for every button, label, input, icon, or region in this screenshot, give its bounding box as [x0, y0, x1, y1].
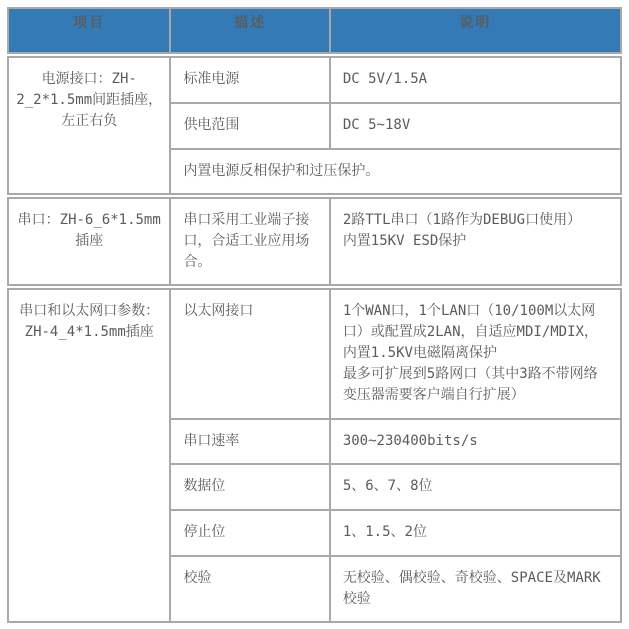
note-cell-data-bits: 5、6、7、8位: [330, 464, 621, 510]
note-cell-ethernet-interface: 1个WAN口，1个LAN口（10/100M以太网口）或配置成2LAN，自适应MD…: [330, 289, 621, 419]
desc-cell-standard-power: 标准电源: [170, 57, 329, 103]
desc-cell-supply-range: 供电范围: [170, 103, 329, 149]
spec-group-serial: 串口：ZH-6_6*1.5mm插座 串口采用工业端子接口，合适工业应用场合。 2…: [7, 197, 622, 286]
spec-page: 项目 描述 说明 电源接口：ZH-2_2*1.5mm间距插座，左正右负 标准电源…: [0, 0, 629, 629]
column-header-desc: 描述: [170, 8, 329, 53]
desc-cell-data-bits: 数据位: [170, 464, 329, 510]
column-header-note: 说明: [330, 8, 621, 53]
spec-group-power: 电源接口：ZH-2_2*1.5mm间距插座，左正右负 标准电源 DC 5V/1.…: [7, 56, 622, 195]
desc-cell-baud-rate: 串口速率: [170, 419, 329, 464]
column-header-item: 项目: [8, 8, 170, 53]
note-cell-stop-bits: 1、1.5、2位: [330, 510, 621, 556]
span-cell-protection-note: 内置电源反相保护和过压保护。: [170, 149, 621, 194]
desc-cell-ethernet-interface: 以太网接口: [170, 289, 329, 419]
spec-table-header: 项目 描述 说明: [7, 7, 622, 54]
note-cell-supply-range: DC 5~18V: [330, 103, 621, 149]
note-cell-parity: 无校验、偶校验、奇校验、SPACE及MARK校验: [330, 556, 621, 622]
desc-cell-stop-bits: 停止位: [170, 510, 329, 556]
spec-group-serial-ethernet: 串口和以太网口参数：ZH-4_4*1.5mm插座 以太网接口 1个WAN口，1个…: [7, 288, 622, 623]
table-row: 串口：ZH-6_6*1.5mm插座 串口采用工业端子接口，合适工业应用场合。 2…: [8, 198, 621, 285]
desc-cell-serial-terminal: 串口采用工业端子接口，合适工业应用场合。: [170, 198, 329, 285]
table-row: 串口和以太网口参数：ZH-4_4*1.5mm插座 以太网接口 1个WAN口，1个…: [8, 289, 621, 419]
note-cell-serial-ttl: 2路TTL串口（1路作为DEBUG口使用） 内置15KV ESD保护: [330, 198, 621, 285]
desc-cell-parity: 校验: [170, 556, 329, 622]
note-cell-standard-power: DC 5V/1.5A: [330, 57, 621, 103]
item-cell-power-interface: 电源接口：ZH-2_2*1.5mm间距插座，左正右负: [8, 57, 170, 194]
table-row: 电源接口：ZH-2_2*1.5mm间距插座，左正右负 标准电源 DC 5V/1.…: [8, 57, 621, 103]
item-cell-serial-port: 串口：ZH-6_6*1.5mm插座: [8, 198, 170, 285]
header-row: 项目 描述 说明: [8, 8, 621, 53]
item-cell-serial-ethernet-params: 串口和以太网口参数：ZH-4_4*1.5mm插座: [8, 289, 170, 622]
note-cell-baud-rate: 300~230400bits/s: [330, 419, 621, 464]
